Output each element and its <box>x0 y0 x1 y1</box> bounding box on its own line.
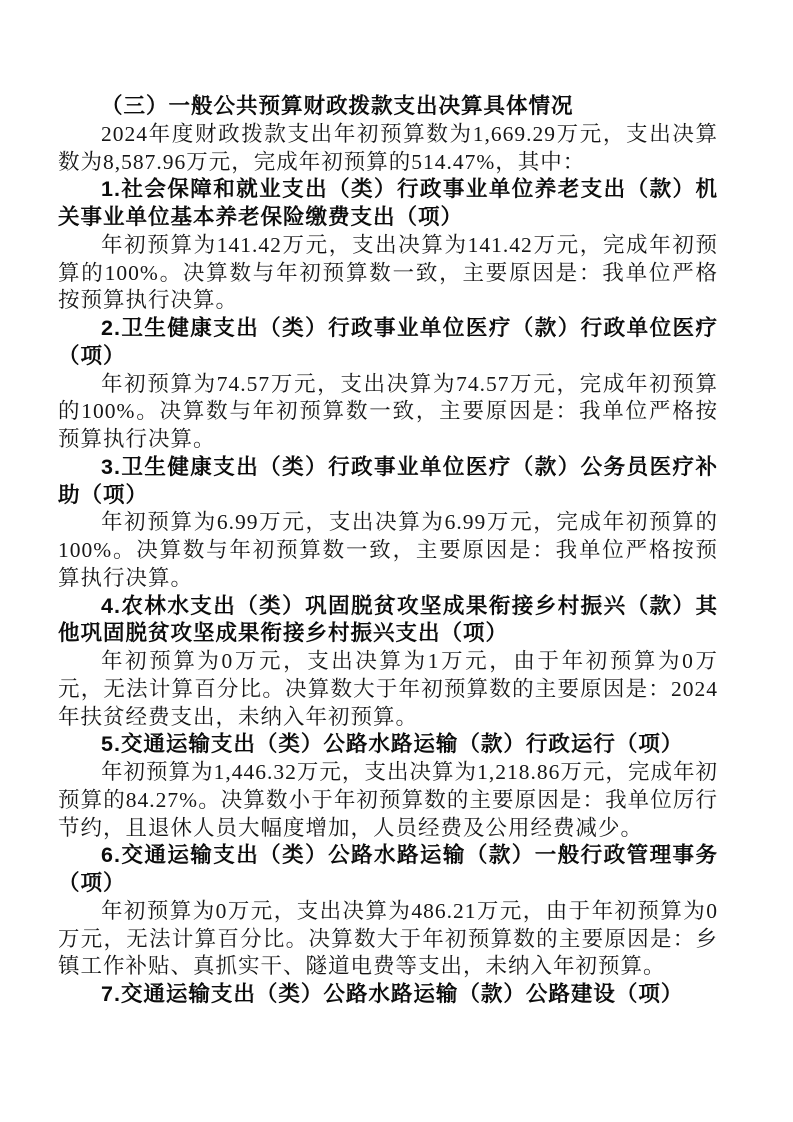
item-heading: 5.交通运输支出（类）公路水路运输（款）行政运行（项） <box>58 731 718 759</box>
item-heading: 6.交通运输支出（类）公路水路运输（款）一般行政管理事务（项） <box>58 842 718 898</box>
body-paragraph: 年初预算为6.99万元，支出决算为6.99万元，完成年初预算的100%。决算数与… <box>58 509 718 592</box>
item-heading: 1.社会保障和就业支出（类）行政事业单位养老支出（款）机关事业单位基本养老保险缴… <box>58 176 718 232</box>
document-body: 2024年度财政拨款支出年初预算数为1,669.29万元，支出决算数为8,587… <box>58 121 718 1009</box>
item-heading: 4.农林水支出（类）巩固脱贫攻坚成果衔接乡村振兴（款）其他巩固脱贫攻坚成果衔接乡… <box>58 593 718 649</box>
body-paragraph: 年初预算为74.57万元，支出决算为74.57万元，完成年初预算的100%。决算… <box>58 371 718 454</box>
item-heading: 7.交通运输支出（类）公路水路运输（款）公路建设（项） <box>58 981 718 1009</box>
body-paragraph: 年初预算为141.42万元，支出决算为141.42万元，完成年初预算的100%。… <box>58 232 718 315</box>
section-title: （三）一般公共预算财政拨款支出决算具体情况 <box>58 93 718 121</box>
body-paragraph: 年初预算为0万元，支出决算为486.21万元，由于年初预算为0万元，无法计算百分… <box>58 898 718 981</box>
body-paragraph: 年初预算为1,446.32万元，支出决算为1,218.86万元，完成年初预算的8… <box>58 759 718 842</box>
body-paragraph: 年初预算为0万元，支出决算为1万元，由于年初预算为0万元，无法计算百分比。决算数… <box>58 648 718 731</box>
item-heading: 3.卫生健康支出（类）行政事业单位医疗（款）公务员医疗补助（项） <box>58 454 718 510</box>
body-paragraph: 2024年度财政拨款支出年初预算数为1,669.29万元，支出决算数为8,587… <box>58 121 718 177</box>
item-heading: 2.卫生健康支出（类）行政事业单位医疗（款）行政单位医疗（项） <box>58 315 718 371</box>
document-page: （三）一般公共预算财政拨款支出决算具体情况 2024年度财政拨款支出年初预算数为… <box>0 0 793 1122</box>
